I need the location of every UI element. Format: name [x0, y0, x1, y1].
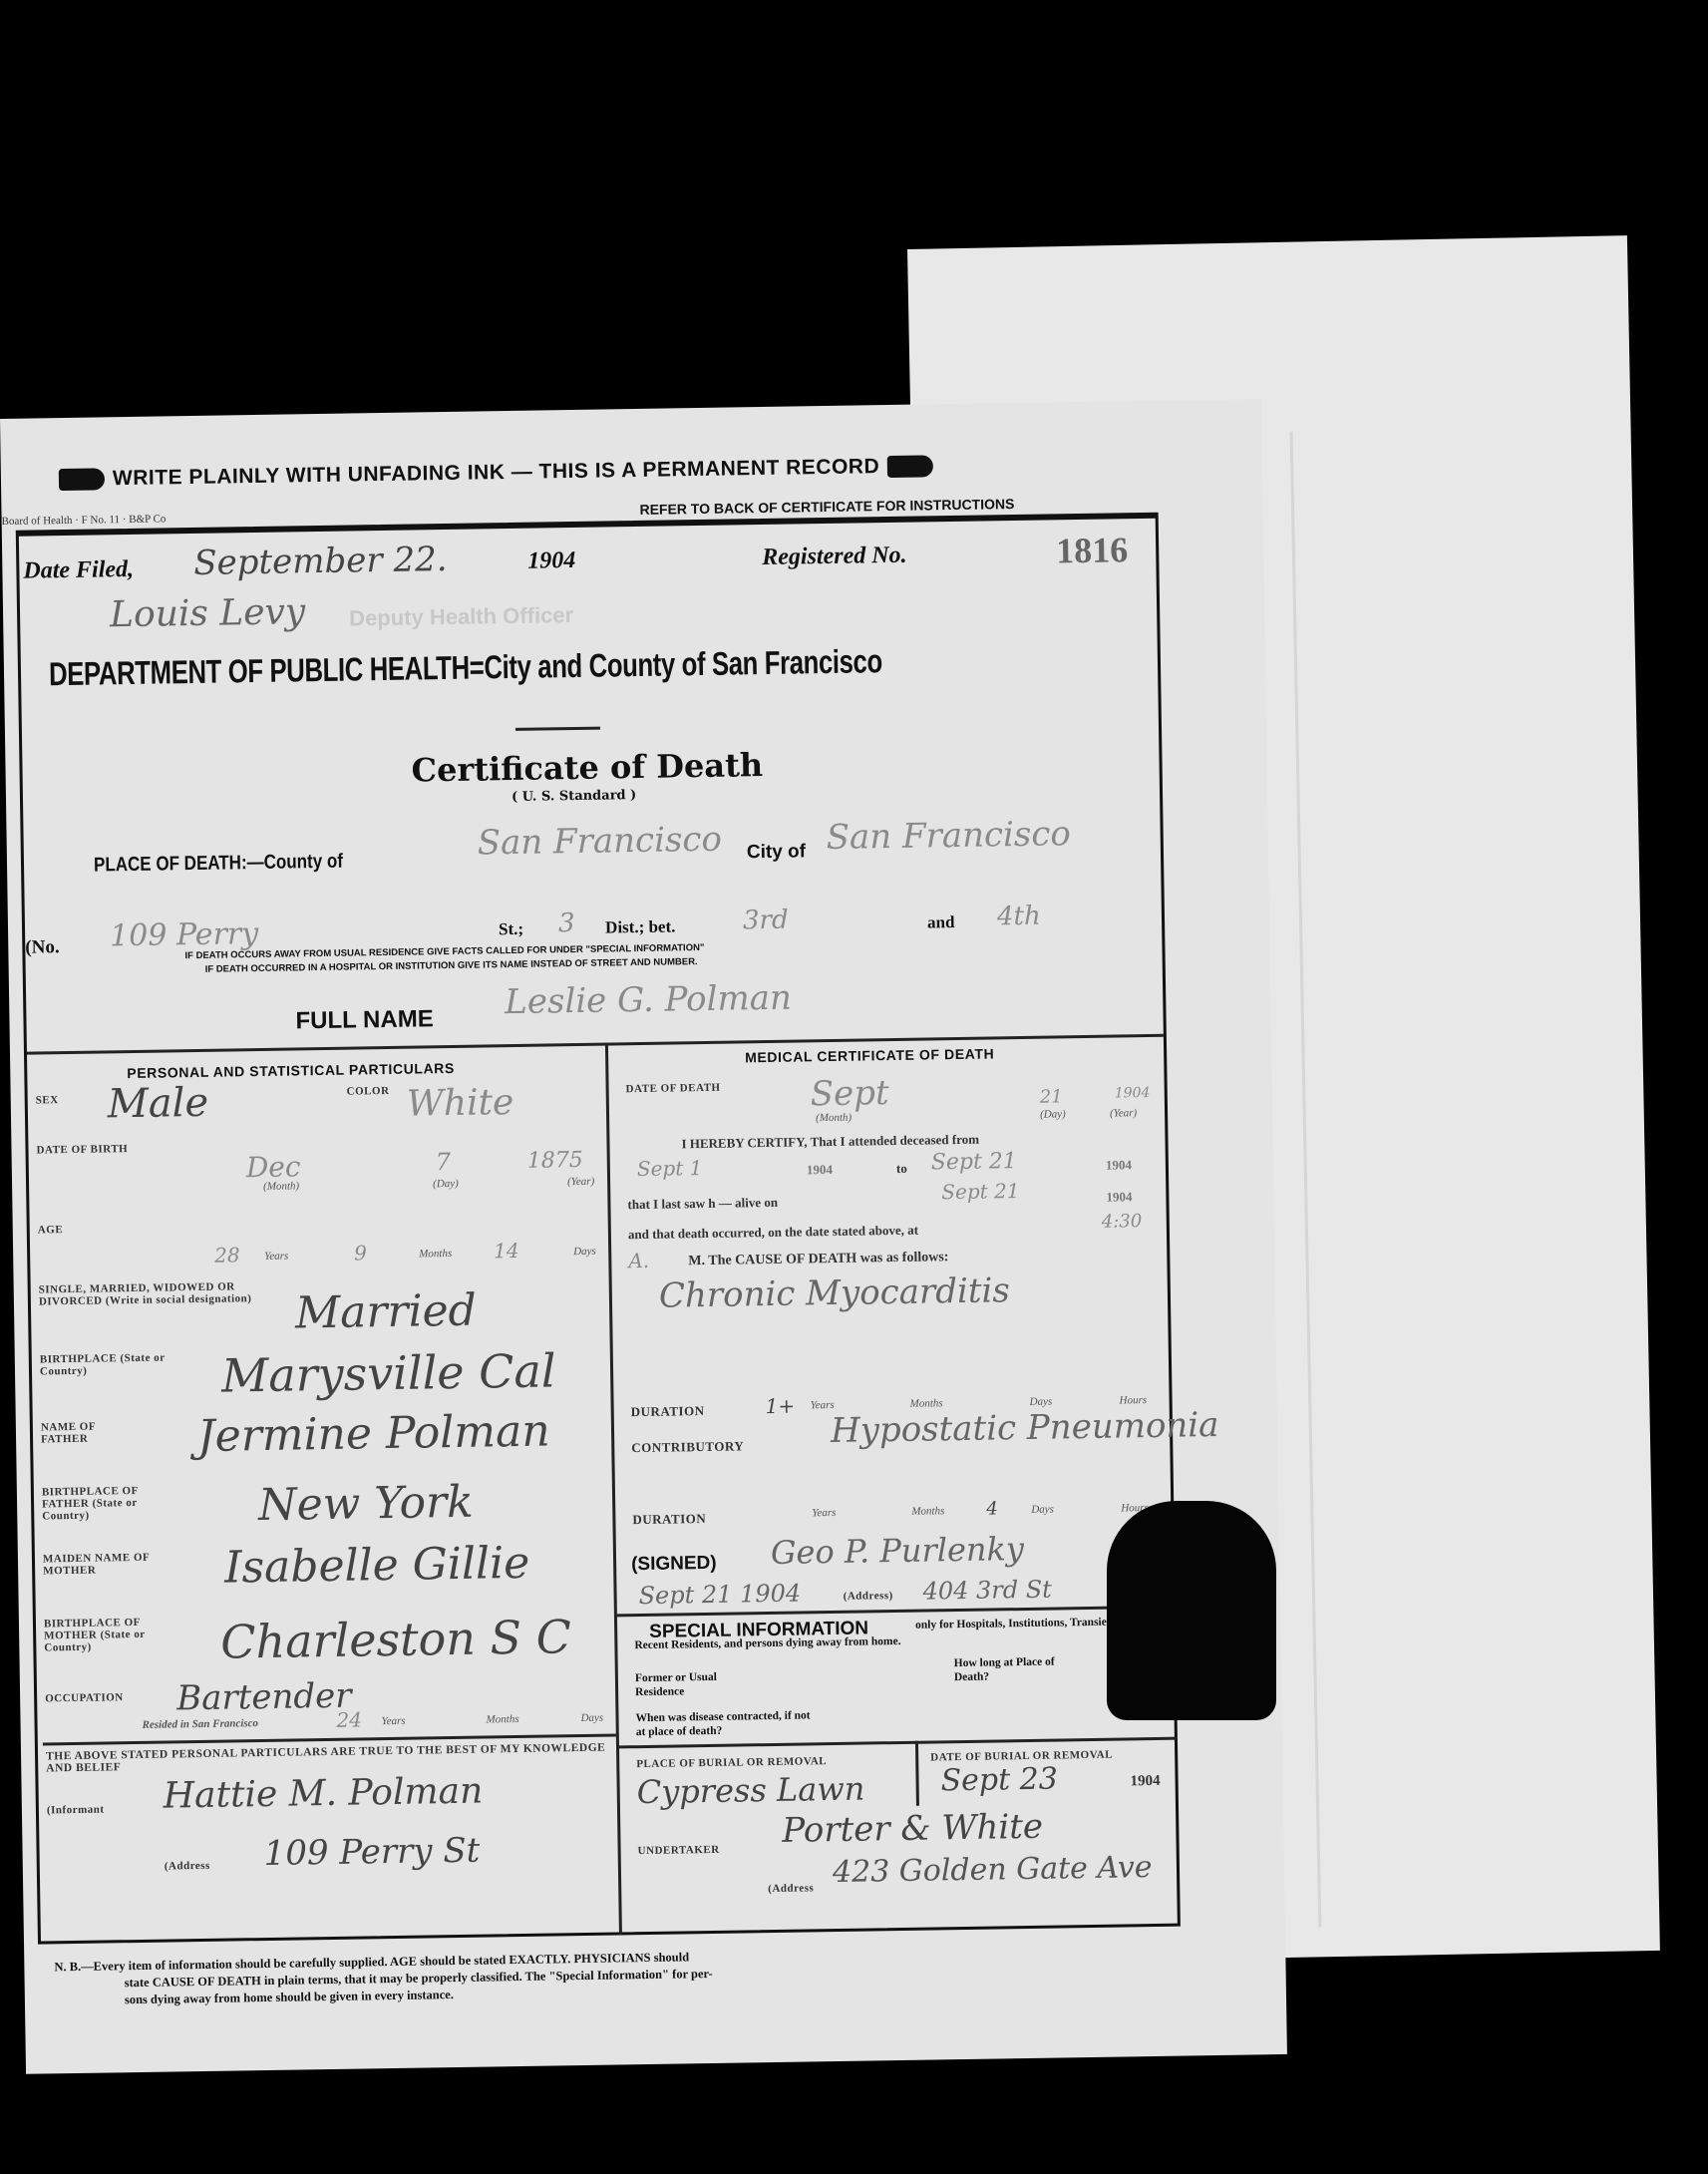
year-unit: (Year): [567, 1176, 594, 1188]
dod-month-unit: (Month): [816, 1112, 852, 1125]
duration-2-days-unit: Days: [1031, 1504, 1054, 1516]
between-2-value: 4th: [997, 902, 1041, 932]
age-months: 9: [354, 1241, 367, 1265]
contributory-label: CONTRIBUTORY: [631, 1440, 744, 1454]
physician-address-label: (Address): [844, 1590, 893, 1603]
sex-label: SEX: [36, 1094, 59, 1106]
death-time-value: 4:30: [1102, 1211, 1143, 1233]
color-value: White: [407, 1082, 514, 1125]
place-of-death-label: PLACE OF DEATH:—County of: [94, 851, 343, 878]
informant-value: Hattie M. Polman: [163, 1771, 483, 1817]
informant-statement: THE ABOVE STATED PERSONAL PARTICULARS AR…: [46, 1742, 609, 1775]
date-filed-year: 1904: [527, 547, 575, 575]
resided-months-unit: Months: [486, 1713, 518, 1726]
medical-heading: MEDICAL CERTIFICATE OF DEATH: [745, 1045, 994, 1065]
warning-text: WRITE PLAINLY WITH UNFADING INK — THIS I…: [113, 455, 880, 490]
age-days: 14: [494, 1239, 519, 1263]
date-filed-value: September 22.: [193, 540, 448, 583]
pointing-hand-icon: [887, 456, 933, 479]
occupation-value: Bartender: [176, 1676, 352, 1719]
full-name-value: Leslie G. Polman: [505, 978, 792, 1023]
dob-label: DATE OF BIRTH: [36, 1143, 128, 1156]
duration-2-years-unit: Years: [812, 1507, 836, 1519]
duration-years-unit: Years: [811, 1399, 835, 1411]
dod-year-unit: (Year): [1110, 1107, 1137, 1119]
contracted-label: When was disease contracted, if not at p…: [635, 1708, 815, 1739]
resided-years-unit: Years: [381, 1715, 405, 1727]
title-divider: [515, 727, 600, 731]
cause-value: Chronic Myocarditis: [659, 1270, 1011, 1316]
dob-year: 1875: [527, 1148, 583, 1174]
undertaker-address-value: 423 Golden Gate Ave: [833, 1850, 1153, 1890]
birthplace-value: Marysville Cal: [221, 1343, 556, 1402]
resided-years: 24: [336, 1707, 362, 1731]
burial-place-label: PLACE OF BURIAL OR REMOVAL: [636, 1755, 827, 1770]
undertaker-address-label: (Address: [768, 1882, 814, 1895]
father-label: NAME OF FATHER: [41, 1420, 141, 1446]
attended-to-year: 1904: [1106, 1157, 1132, 1173]
month-unit: (Month): [263, 1180, 299, 1193]
burial-date-value: Sept 23: [940, 1762, 1058, 1799]
officer-title: Deputy Health Officer: [349, 602, 573, 632]
certificate-frame: Date Filed, September 22. 1904 Registere…: [16, 513, 1181, 1945]
last-saw-label: that I last saw h — alive on: [627, 1195, 778, 1213]
cause-label: M. The CAUSE OF DEATH was as follows:: [688, 1250, 948, 1269]
refer-instructions: REFER TO BACK OF CERTIFICATE FOR INSTRUC…: [639, 496, 1014, 518]
street-no-value: 109 Perry: [110, 916, 259, 953]
burial-year-value: 1904: [1130, 1773, 1160, 1790]
sex-value: Male: [107, 1080, 208, 1128]
county-value: San Francisco: [477, 820, 722, 864]
signed-date: Sept 21 1904: [638, 1580, 801, 1611]
age-label: AGE: [38, 1224, 64, 1236]
duration-2-months-value: 4: [986, 1498, 998, 1519]
informant-address-value: 109 Perry St: [263, 1831, 480, 1874]
dob-month: Dec: [246, 1150, 301, 1184]
department-heading: DEPARTMENT OF PUBLIC HEALTH=City and Cou…: [49, 642, 882, 693]
duration-hours-unit: Hours: [1120, 1394, 1148, 1406]
resided-label: Resided in San Francisco: [142, 1717, 258, 1731]
form-number: Board of Health · F No. 11 · B&P Co: [2, 513, 167, 528]
resided-days-unit: Days: [580, 1712, 603, 1724]
certify-text: I HEREBY CERTIFY, That I attended deceas…: [681, 1132, 979, 1153]
death-time-label: and that death occurred, on the date sta…: [628, 1223, 918, 1244]
certificate-title: Certificate of Death: [411, 746, 763, 790]
to-label: to: [896, 1161, 907, 1177]
st-value: 3: [558, 908, 575, 938]
duration-label: DURATION: [631, 1405, 705, 1418]
attended-to: Sept 21: [931, 1149, 1017, 1175]
days-unit: Days: [573, 1246, 596, 1258]
occupation-label: OCCUPATION: [45, 1691, 124, 1704]
dod-year: 1904: [1115, 1085, 1151, 1102]
age-years: 28: [214, 1243, 240, 1267]
certificate-subtitle: ( U. S. Standard ): [512, 788, 636, 805]
undertaker-value: Porter & White: [782, 1807, 1043, 1851]
informant-label: (Informant: [47, 1804, 105, 1817]
personal-heading: PERSONAL AND STATISTICAL PARTICULARS: [127, 1060, 455, 1081]
duration-months-unit: Months: [910, 1397, 943, 1410]
fold-line: [1290, 432, 1322, 1928]
father-birthplace-label: BIRTHPLACE OF FATHER (State or Country): [42, 1484, 182, 1522]
registered-number: 1816: [1056, 529, 1129, 571]
mother-birthplace-value: Charleston S C: [220, 1610, 571, 1669]
dod-day: 21: [1040, 1086, 1063, 1107]
duration-2-months-unit: Months: [911, 1505, 944, 1518]
dod-label: DATE OF DEATH: [626, 1082, 721, 1095]
duration-days-unit: Days: [1030, 1396, 1053, 1408]
father-value: Jermine Polman: [197, 1405, 550, 1462]
column-divider: [605, 1042, 622, 1935]
undertaker-label: UNDERTAKER: [638, 1844, 720, 1857]
marital-label: SINGLE, MARRIED, WIDOWED OR DIVORCED (Wr…: [39, 1280, 268, 1308]
dod-month: Sept: [810, 1073, 888, 1114]
full-name-label: FULL NAME: [295, 1005, 434, 1035]
last-saw-year: 1904: [1106, 1189, 1132, 1205]
father-birthplace-value: New York: [258, 1477, 474, 1531]
mother-birthplace-label: BIRTHPLACE OF MOTHER (State or Country): [44, 1616, 184, 1653]
marital-value: Married: [295, 1285, 477, 1339]
mother-label: MAIDEN NAME OF MOTHER: [43, 1551, 182, 1577]
signed-label: (SIGNED): [631, 1553, 717, 1576]
attended-from-year: 1904: [807, 1162, 833, 1178]
thumb-shadow: [1107, 1501, 1276, 1720]
day-unit: (Day): [433, 1178, 459, 1190]
and-label: and: [927, 912, 955, 932]
mother-value: Isabelle Gillie: [224, 1538, 530, 1594]
physician-address-value: 404 3rd St: [922, 1576, 1052, 1606]
dist-label: Dist.; bet.: [605, 916, 676, 937]
street-no-label: (No.: [25, 936, 60, 959]
burial-column-divider: [915, 1741, 919, 1806]
burial-divider: [619, 1737, 1178, 1749]
date-filed-label: Date Filed,: [23, 556, 134, 585]
dod-day-unit: (Day): [1040, 1108, 1066, 1120]
warning-banner: WRITE PLAINLY WITH UNFADING INK — THIS I…: [51, 454, 942, 492]
dob-day: 7: [436, 1148, 452, 1176]
color-label: COLOR: [347, 1085, 390, 1098]
years-unit: Years: [264, 1251, 288, 1263]
attended-from: Sept 1: [637, 1156, 703, 1181]
pointing-hand-icon: [59, 469, 105, 492]
months-unit: Months: [419, 1248, 452, 1261]
registered-label: Registered No.: [762, 543, 907, 571]
st-label: St.;: [499, 919, 523, 939]
duration-2-label: DURATION: [632, 1513, 706, 1526]
officer-signature: Louis Levy: [110, 591, 306, 635]
special-note: only for Hospitals, Institutions, Transi…: [634, 1614, 1173, 1653]
informant-address-label: (Address: [165, 1860, 210, 1873]
between-1-value: 3rd: [743, 906, 789, 936]
how-long-label: How long at Place of Death?: [954, 1654, 1064, 1684]
city-label: City of: [747, 841, 806, 864]
former-residence-label: Former or Usual Residence: [635, 1669, 745, 1699]
contributory-value: Hypostatic Pneumonia: [831, 1405, 1219, 1451]
death-certificate: WRITE PLAINLY WITH UNFADING INK — THIS I…: [0, 399, 1287, 2074]
physician-signature: Geo P. Purlenky: [771, 1530, 1025, 1572]
birthplace-label: BIRTHPLACE (State or Country): [40, 1351, 179, 1377]
burial-place-value: Cypress Lawn: [636, 1770, 864, 1812]
duration-value: 1+: [765, 1394, 795, 1418]
last-saw-value: Sept 21: [941, 1179, 1020, 1204]
ampm-value: A.: [628, 1249, 649, 1272]
city-value: San Francisco: [826, 814, 1071, 858]
